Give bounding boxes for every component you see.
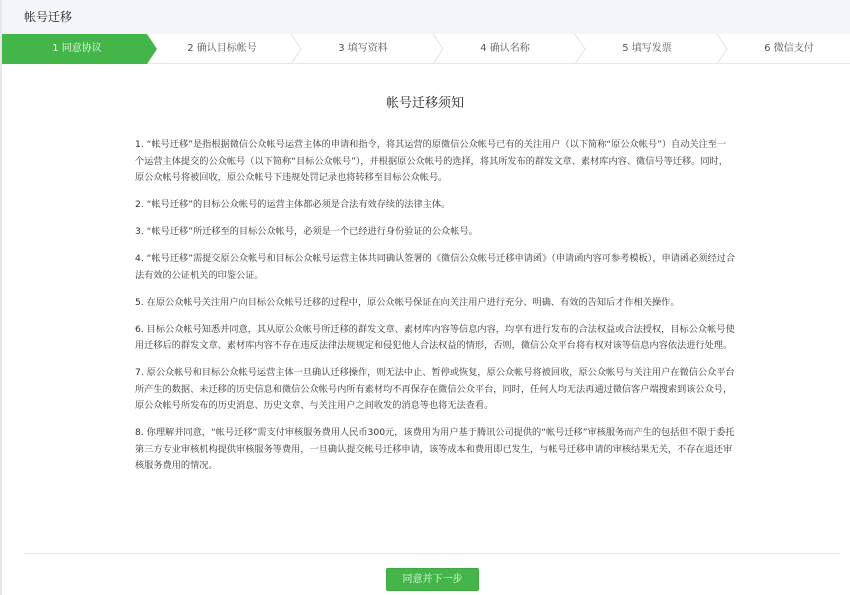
notice-item: 2. “帐号迁移”的目标公众帐号的运营主体都必须是合法有效存续的法律主体。 xyxy=(135,197,735,214)
page-header: 帐号迁移 xyxy=(2,0,850,34)
step-1-agree: 1 同意协议 xyxy=(2,34,152,64)
notice-item: 1. “帐号迁移”是指根据微信公众帐号运营主体的申请和指令，将其运营的原微信公众… xyxy=(135,137,735,187)
step-3-fill-info: 3 填写资料 xyxy=(292,34,434,64)
notice-item: 5. 在原公众帐号关注用户向目标公众帐号迁移的过程中，原公众帐号保证在向关注用户… xyxy=(135,295,735,312)
step-label: 3 填写资料 xyxy=(338,43,388,54)
step-label: 2 确认目标帐号 xyxy=(187,43,257,54)
step-2-confirm-target: 2 确认目标帐号 xyxy=(152,34,292,64)
agree-next-button[interactable]: 同意并下一步 xyxy=(386,568,479,591)
step-6-wechat-pay: 6 微信支付 xyxy=(718,34,850,64)
step-label: 4 确认名称 xyxy=(480,43,530,54)
page-title: 帐号迁移 xyxy=(24,8,72,25)
progress-steps: 1 同意协议 2 确认目标帐号 3 填写资料 4 确认名称 5 填写发票 6 微… xyxy=(2,34,850,64)
step-label: 5 填写发票 xyxy=(622,43,672,54)
footer-divider xyxy=(24,553,840,554)
step-label: 6 微信支付 xyxy=(764,43,814,54)
notice-item: 3. “帐号迁移”所迁移至的目标公众帐号，必须是一个已经进行身份验证的公众帐号。 xyxy=(135,224,735,241)
step-label: 1 同意协议 xyxy=(52,43,102,54)
step-4-confirm-name: 4 确认名称 xyxy=(434,34,576,64)
notice-item: 8. 你理解并同意，“帐号迁移”需支付审核服务费用人民币300元，该费用为用户基… xyxy=(135,425,735,475)
notice-content: 1. “帐号迁移”是指根据微信公众帐号运营主体的申请和指令，将其运营的原微信公众… xyxy=(135,137,735,485)
notice-item: 4. “帐号迁移”需提交原公众帐号和目标公众帐号运营主体共同确认签署的《微信公众… xyxy=(135,251,735,284)
notice-item: 7. 原公众帐号和目标公众帐号运营主体一旦确认迁移操作，则无法中止、暂停或恢复，… xyxy=(135,365,735,415)
notice-title: 帐号迁移须知 xyxy=(0,92,850,111)
step-5-invoice: 5 填写发票 xyxy=(576,34,718,64)
notice-item: 6. 目标公众帐号知悉并同意，其从原公众帐号所迁移的群发文章、素材库内容等信息内… xyxy=(135,322,735,355)
